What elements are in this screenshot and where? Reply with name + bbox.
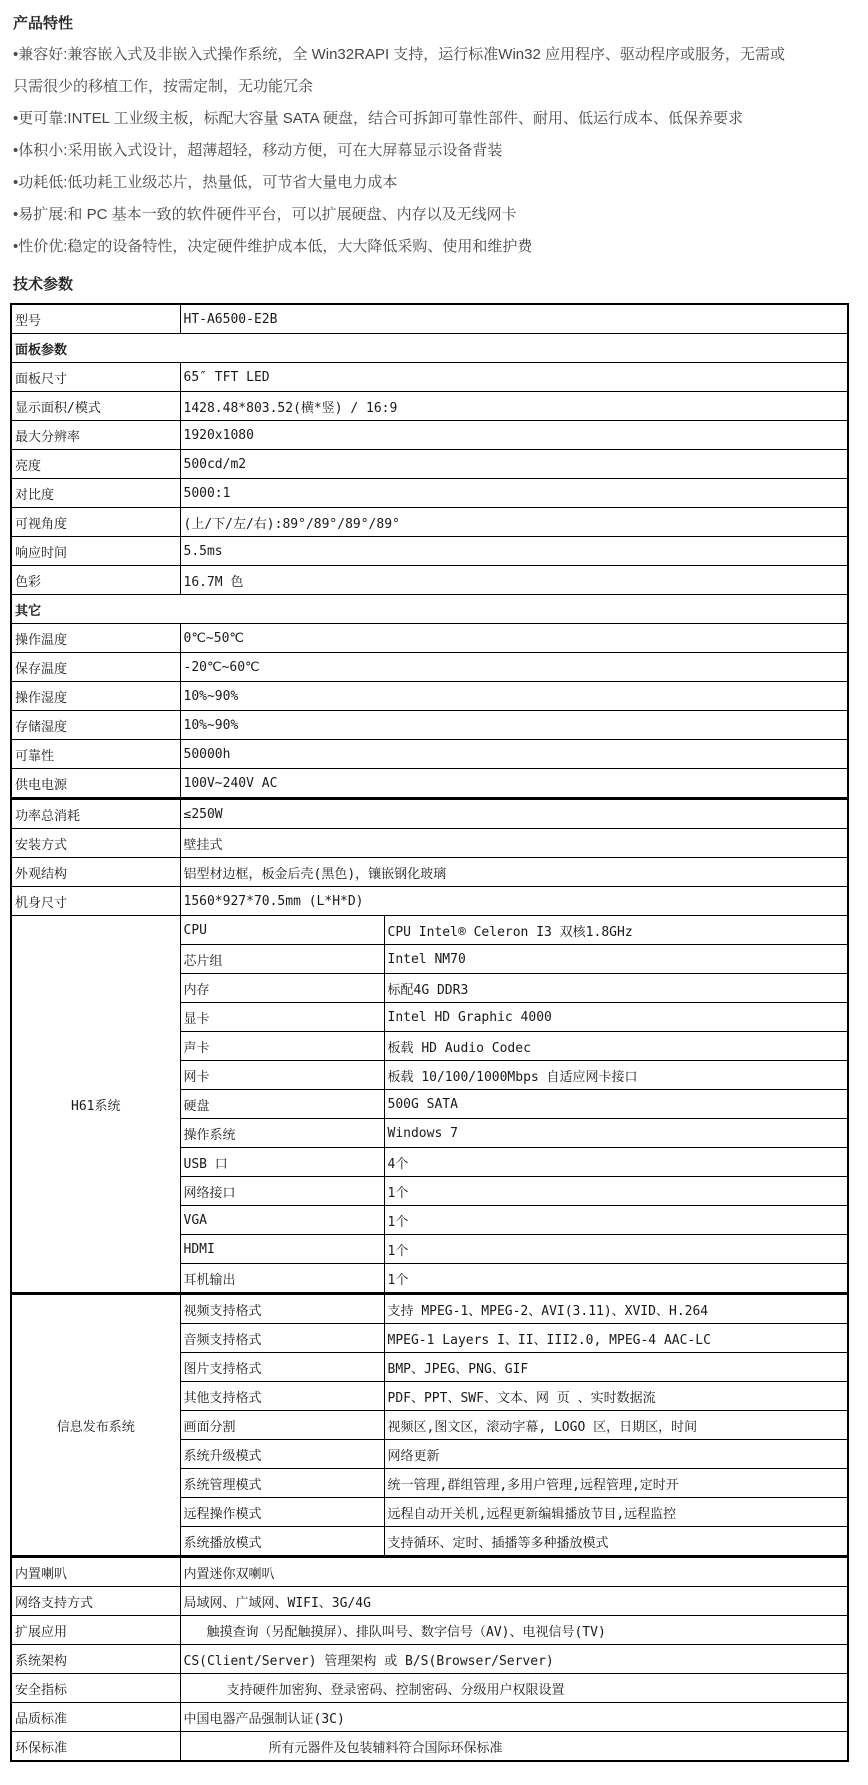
spec-sublabel-cell: 硬盘 xyxy=(180,1090,384,1119)
feature-line: 只需很少的移植工作，按需定制，无功能冗余 xyxy=(13,71,855,103)
section-header-row: 面板参数 xyxy=(11,334,848,363)
feature-line: •易扩展:和 PC 基本一致的软件硬件平台，可以扩展硬盘、内存以及无线网卡 xyxy=(13,199,855,231)
spec-value-cell: 500cd/m2 xyxy=(180,450,848,479)
section-header-cell: 面板参数 xyxy=(11,334,848,363)
spec-row: 面板尺寸65″ TFT LED xyxy=(11,363,848,392)
spec-value-cell: 统一管理,群组管理,多用户管理,远程管理,定时开 xyxy=(384,1469,848,1498)
spec-label-cell: 系统架构 xyxy=(11,1645,180,1674)
spec-sublabel-cell: 图片支持格式 xyxy=(180,1353,384,1382)
spec-row: 供电电源100V~240V AC xyxy=(11,769,848,799)
features-list: •兼容好:兼容嵌入式及非嵌入式操作系统，全 Win32RAPI 支持，运行标准W… xyxy=(10,39,855,263)
spec-label-cell: 操作温度 xyxy=(11,624,180,653)
spec-value-cell: 中国电器产品强制认证(3C) xyxy=(180,1703,848,1732)
spec-row: 显示面积/模式1428.48*803.52(横*竖) / 16:9 xyxy=(11,392,848,421)
product-spec-page: { "features": { "title": "产品特性", "lines"… xyxy=(0,0,868,1762)
spec-value-cell: 100V~240V AC xyxy=(180,769,848,799)
spec-value-cell: 5000:1 xyxy=(180,479,848,508)
spec-value-cell: ≤250W xyxy=(180,799,848,829)
spec-label-cell: 对比度 xyxy=(11,479,180,508)
spec-value-cell: 50000h xyxy=(180,740,848,769)
spec-value-cell: 支持循环、定时、插播等多种播放模式 xyxy=(384,1527,848,1557)
spec-sublabel-cell: 系统管理模式 xyxy=(180,1469,384,1498)
spec-value-cell: 触摸查询（另配触摸屏）、排队叫号、数字信号（AV)、电视信号(TV) xyxy=(180,1616,848,1645)
spec-value-cell: 1个 xyxy=(384,1235,848,1264)
spec-label-cell: 操作湿度 xyxy=(11,682,180,711)
spec-label-cell: 最大分辨率 xyxy=(11,421,180,450)
spec-value-cell: CPU Intel® Celeron I3 双核1.8GHz xyxy=(384,916,848,945)
spec-value-cell: 标配4G DDR3 xyxy=(384,974,848,1003)
spec-label-cell: 外观结构 xyxy=(11,858,180,887)
spec-row: 功率总消耗≤250W xyxy=(11,799,848,829)
spec-row: 内置喇叭内置迷你双喇叭 xyxy=(11,1557,848,1587)
spec-label-cell: 响应时间 xyxy=(11,537,180,566)
spec-sublabel-cell: 内存 xyxy=(180,974,384,1003)
group-label-cell: 信息发布系统 xyxy=(11,1294,180,1557)
tech-params-title: 技术参数 xyxy=(13,273,855,294)
spec-value-cell: 65″ TFT LED xyxy=(180,363,848,392)
spec-value-cell: 1560*927*70.5mm (L*H*D) xyxy=(180,887,848,916)
spec-value-cell: Windows 7 xyxy=(384,1119,848,1148)
spec-row: 对比度5000:1 xyxy=(11,479,848,508)
spec-row: 保存温度-20℃~60℃ xyxy=(11,653,848,682)
feature-line: •体积小:采用嵌入式设计，超薄超轻，移动方便，可在大屏幕显示设备背装 xyxy=(13,135,855,167)
spec-value-cell: 1个 xyxy=(384,1264,848,1294)
spec-value-cell: BMP、JPEG、PNG、GIF xyxy=(384,1353,848,1382)
section-header-row: 其它 xyxy=(11,595,848,624)
spec-sublabel-cell: VGA xyxy=(180,1206,384,1235)
spec-label-cell: 型号 xyxy=(11,304,180,334)
spec-table: 型号HT-A6500-E2B面板参数面板尺寸65″ TFT LED显示面积/模式… xyxy=(10,303,849,1762)
spec-value-cell: 5.5ms xyxy=(180,537,848,566)
spec-label-cell: 网络支持方式 xyxy=(11,1587,180,1616)
spec-value-cell: -20℃~60℃ xyxy=(180,653,848,682)
spec-row: 系统架构CS(Client/Server) 管理架构 或 B/S(Browser… xyxy=(11,1645,848,1674)
spec-row: 环保标准所有元器件及包装辅料符合国际环保标准 xyxy=(11,1732,848,1762)
spec-value-cell: 支持硬件加密狗、登录密码、控制密码、分级用户权限设置 xyxy=(180,1674,848,1703)
spec-row: 亮度500cd/m2 xyxy=(11,450,848,479)
spec-sublabel-cell: 网络接口 xyxy=(180,1177,384,1206)
spec-value-cell: 500G SATA xyxy=(384,1090,848,1119)
spec-sublabel-cell: HDMI xyxy=(180,1235,384,1264)
spec-value-cell: 4个 xyxy=(384,1148,848,1177)
spec-value-cell: MPEG-1 Layers I、II、III2.0, MPEG-4 AAC-LC xyxy=(384,1324,848,1353)
spec-value-cell: 1个 xyxy=(384,1177,848,1206)
spec-label-cell: 色彩 xyxy=(11,566,180,595)
spec-label-cell: 功率总消耗 xyxy=(11,799,180,829)
spec-value-cell: 板载 HD Audio Codec xyxy=(384,1032,848,1061)
group-label-cell: H61系统 xyxy=(11,916,180,1294)
spec-value-cell: 板载 10/100/1000Mbps 自适应网卡接口 xyxy=(384,1061,848,1090)
spec-label-cell: 供电电源 xyxy=(11,769,180,799)
spec-row: 存储湿度10%~90% xyxy=(11,711,848,740)
spec-value-cell: 1428.48*803.52(横*竖) / 16:9 xyxy=(180,392,848,421)
spec-sublabel-cell: 音频支持格式 xyxy=(180,1324,384,1353)
spec-row: 机身尺寸1560*927*70.5mm (L*H*D) xyxy=(11,887,848,916)
feature-line: •更可靠:INTEL 工业级主板，标配大容量 SATA 硬盘，结合可拆卸可靠性部… xyxy=(13,103,855,135)
spec-row: 响应时间5.5ms xyxy=(11,537,848,566)
spec-row: 外观结构铝型材边框，板金后壳(黑色)，镶嵌钢化玻璃 xyxy=(11,858,848,887)
section-header-cell: 其它 xyxy=(11,595,848,624)
spec-sublabel-cell: USB 口 xyxy=(180,1148,384,1177)
spec-value-cell: 内置迷你双喇叭 xyxy=(180,1557,848,1587)
spec-value-cell: 视频区,图文区，滚动字幕, LOGO 区，日期区，时间 xyxy=(384,1411,848,1440)
spec-row: 型号HT-A6500-E2B xyxy=(11,304,848,334)
spec-value-cell: 0℃~50℃ xyxy=(180,624,848,653)
spec-row: 可视角度(上/下/左/右):89°/89°/89°/89° xyxy=(11,508,848,537)
spec-value-cell: 局域网、广域网、WIFI、3G/4G xyxy=(180,1587,848,1616)
spec-value-cell: HT-A6500-E2B xyxy=(180,304,848,334)
page-container: 产品特性 •兼容好:兼容嵌入式及非嵌入式操作系统，全 Win32RAPI 支持，… xyxy=(0,0,868,1762)
spec-row: 品质标准中国电器产品强制认证(3C) xyxy=(11,1703,848,1732)
feature-line: •兼容好:兼容嵌入式及非嵌入式操作系统，全 Win32RAPI 支持，运行标准W… xyxy=(13,39,855,71)
spec-sublabel-cell: CPU xyxy=(180,916,384,945)
spec-row: 可靠性50000h xyxy=(11,740,848,769)
spec-value-cell: 支持 MPEG-1、MPEG-2、AVI(3.11)、XVID、H.264 xyxy=(384,1294,848,1324)
spec-row: 操作湿度10%~90% xyxy=(11,682,848,711)
spec-sublabel-cell: 系统播放模式 xyxy=(180,1527,384,1557)
spec-value-cell: Intel HD Graphic 4000 xyxy=(384,1003,848,1032)
spec-label-cell: 安全指标 xyxy=(11,1674,180,1703)
spec-value-cell: CS(Client/Server) 管理架构 或 B/S(Browser/Ser… xyxy=(180,1645,848,1674)
spec-row: 操作温度0℃~50℃ xyxy=(11,624,848,653)
spec-group-row: 信息发布系统视频支持格式支持 MPEG-1、MPEG-2、AVI(3.11)、X… xyxy=(11,1294,848,1324)
spec-label-cell: 保存温度 xyxy=(11,653,180,682)
spec-sublabel-cell: 远程操作模式 xyxy=(180,1498,384,1527)
spec-label-cell: 机身尺寸 xyxy=(11,887,180,916)
spec-value-cell: 10%~90% xyxy=(180,711,848,740)
spec-sublabel-cell: 芯片组 xyxy=(180,945,384,974)
spec-label-cell: 面板尺寸 xyxy=(11,363,180,392)
spec-sublabel-cell: 耳机输出 xyxy=(180,1264,384,1294)
spec-row: 扩展应用触摸查询（另配触摸屏）、排队叫号、数字信号（AV)、电视信号(TV) xyxy=(11,1616,848,1645)
spec-label-cell: 扩展应用 xyxy=(11,1616,180,1645)
spec-value-cell: 1920x1080 xyxy=(180,421,848,450)
spec-value-cell: 网络更新 xyxy=(384,1440,848,1469)
feature-line: •性价优:稳定的设备特性，决定硬件维护成本低，大大降低采购、使用和维护费 xyxy=(13,231,855,263)
spec-label-cell: 品质标准 xyxy=(11,1703,180,1732)
spec-value-cell: 壁挂式 xyxy=(180,829,848,858)
spec-sublabel-cell: 系统升级模式 xyxy=(180,1440,384,1469)
spec-value-cell: Intel NM70 xyxy=(384,945,848,974)
spec-row: 安装方式壁挂式 xyxy=(11,829,848,858)
spec-sublabel-cell: 网卡 xyxy=(180,1061,384,1090)
spec-label-cell: 内置喇叭 xyxy=(11,1557,180,1587)
spec-row: 安全指标支持硬件加密狗、登录密码、控制密码、分级用户权限设置 xyxy=(11,1674,848,1703)
spec-value-cell: 铝型材边框，板金后壳(黑色)，镶嵌钢化玻璃 xyxy=(180,858,848,887)
spec-label-cell: 环保标准 xyxy=(11,1732,180,1762)
spec-value-cell: PDF、PPT、SWF、文本、网 页 、实时数据流 xyxy=(384,1382,848,1411)
spec-group-row: H61系统CPUCPU Intel® Celeron I3 双核1.8GHz xyxy=(11,916,848,945)
spec-label-cell: 存储湿度 xyxy=(11,711,180,740)
feature-line: •功耗低:低功耗工业级芯片，热量低，可节省大量电力成本 xyxy=(13,167,855,199)
spec-label-cell: 安装方式 xyxy=(11,829,180,858)
spec-value-cell: (上/下/左/右):89°/89°/89°/89° xyxy=(180,508,848,537)
spec-label-cell: 显示面积/模式 xyxy=(11,392,180,421)
features-title: 产品特性 xyxy=(13,12,855,33)
spec-sublabel-cell: 其他支持格式 xyxy=(180,1382,384,1411)
spec-sublabel-cell: 视频支持格式 xyxy=(180,1294,384,1324)
spec-label-cell: 可视角度 xyxy=(11,508,180,537)
spec-value-cell: 所有元器件及包装辅料符合国际环保标准 xyxy=(180,1732,848,1762)
spec-sublabel-cell: 画面分割 xyxy=(180,1411,384,1440)
spec-label-cell: 亮度 xyxy=(11,450,180,479)
spec-row: 色彩16.7M 色 xyxy=(11,566,848,595)
spec-sublabel-cell: 声卡 xyxy=(180,1032,384,1061)
spec-row: 最大分辨率1920x1080 xyxy=(11,421,848,450)
spec-label-cell: 可靠性 xyxy=(11,740,180,769)
spec-sublabel-cell: 显卡 xyxy=(180,1003,384,1032)
spec-sublabel-cell: 操作系统 xyxy=(180,1119,384,1148)
spec-row: 网络支持方式局域网、广域网、WIFI、3G/4G xyxy=(11,1587,848,1616)
spec-value-cell: 16.7M 色 xyxy=(180,566,848,595)
spec-value-cell: 远程自动开关机,远程更新编辑播放节目,远程监控 xyxy=(384,1498,848,1527)
spec-value-cell: 10%~90% xyxy=(180,682,848,711)
spec-value-cell: 1个 xyxy=(384,1206,848,1235)
